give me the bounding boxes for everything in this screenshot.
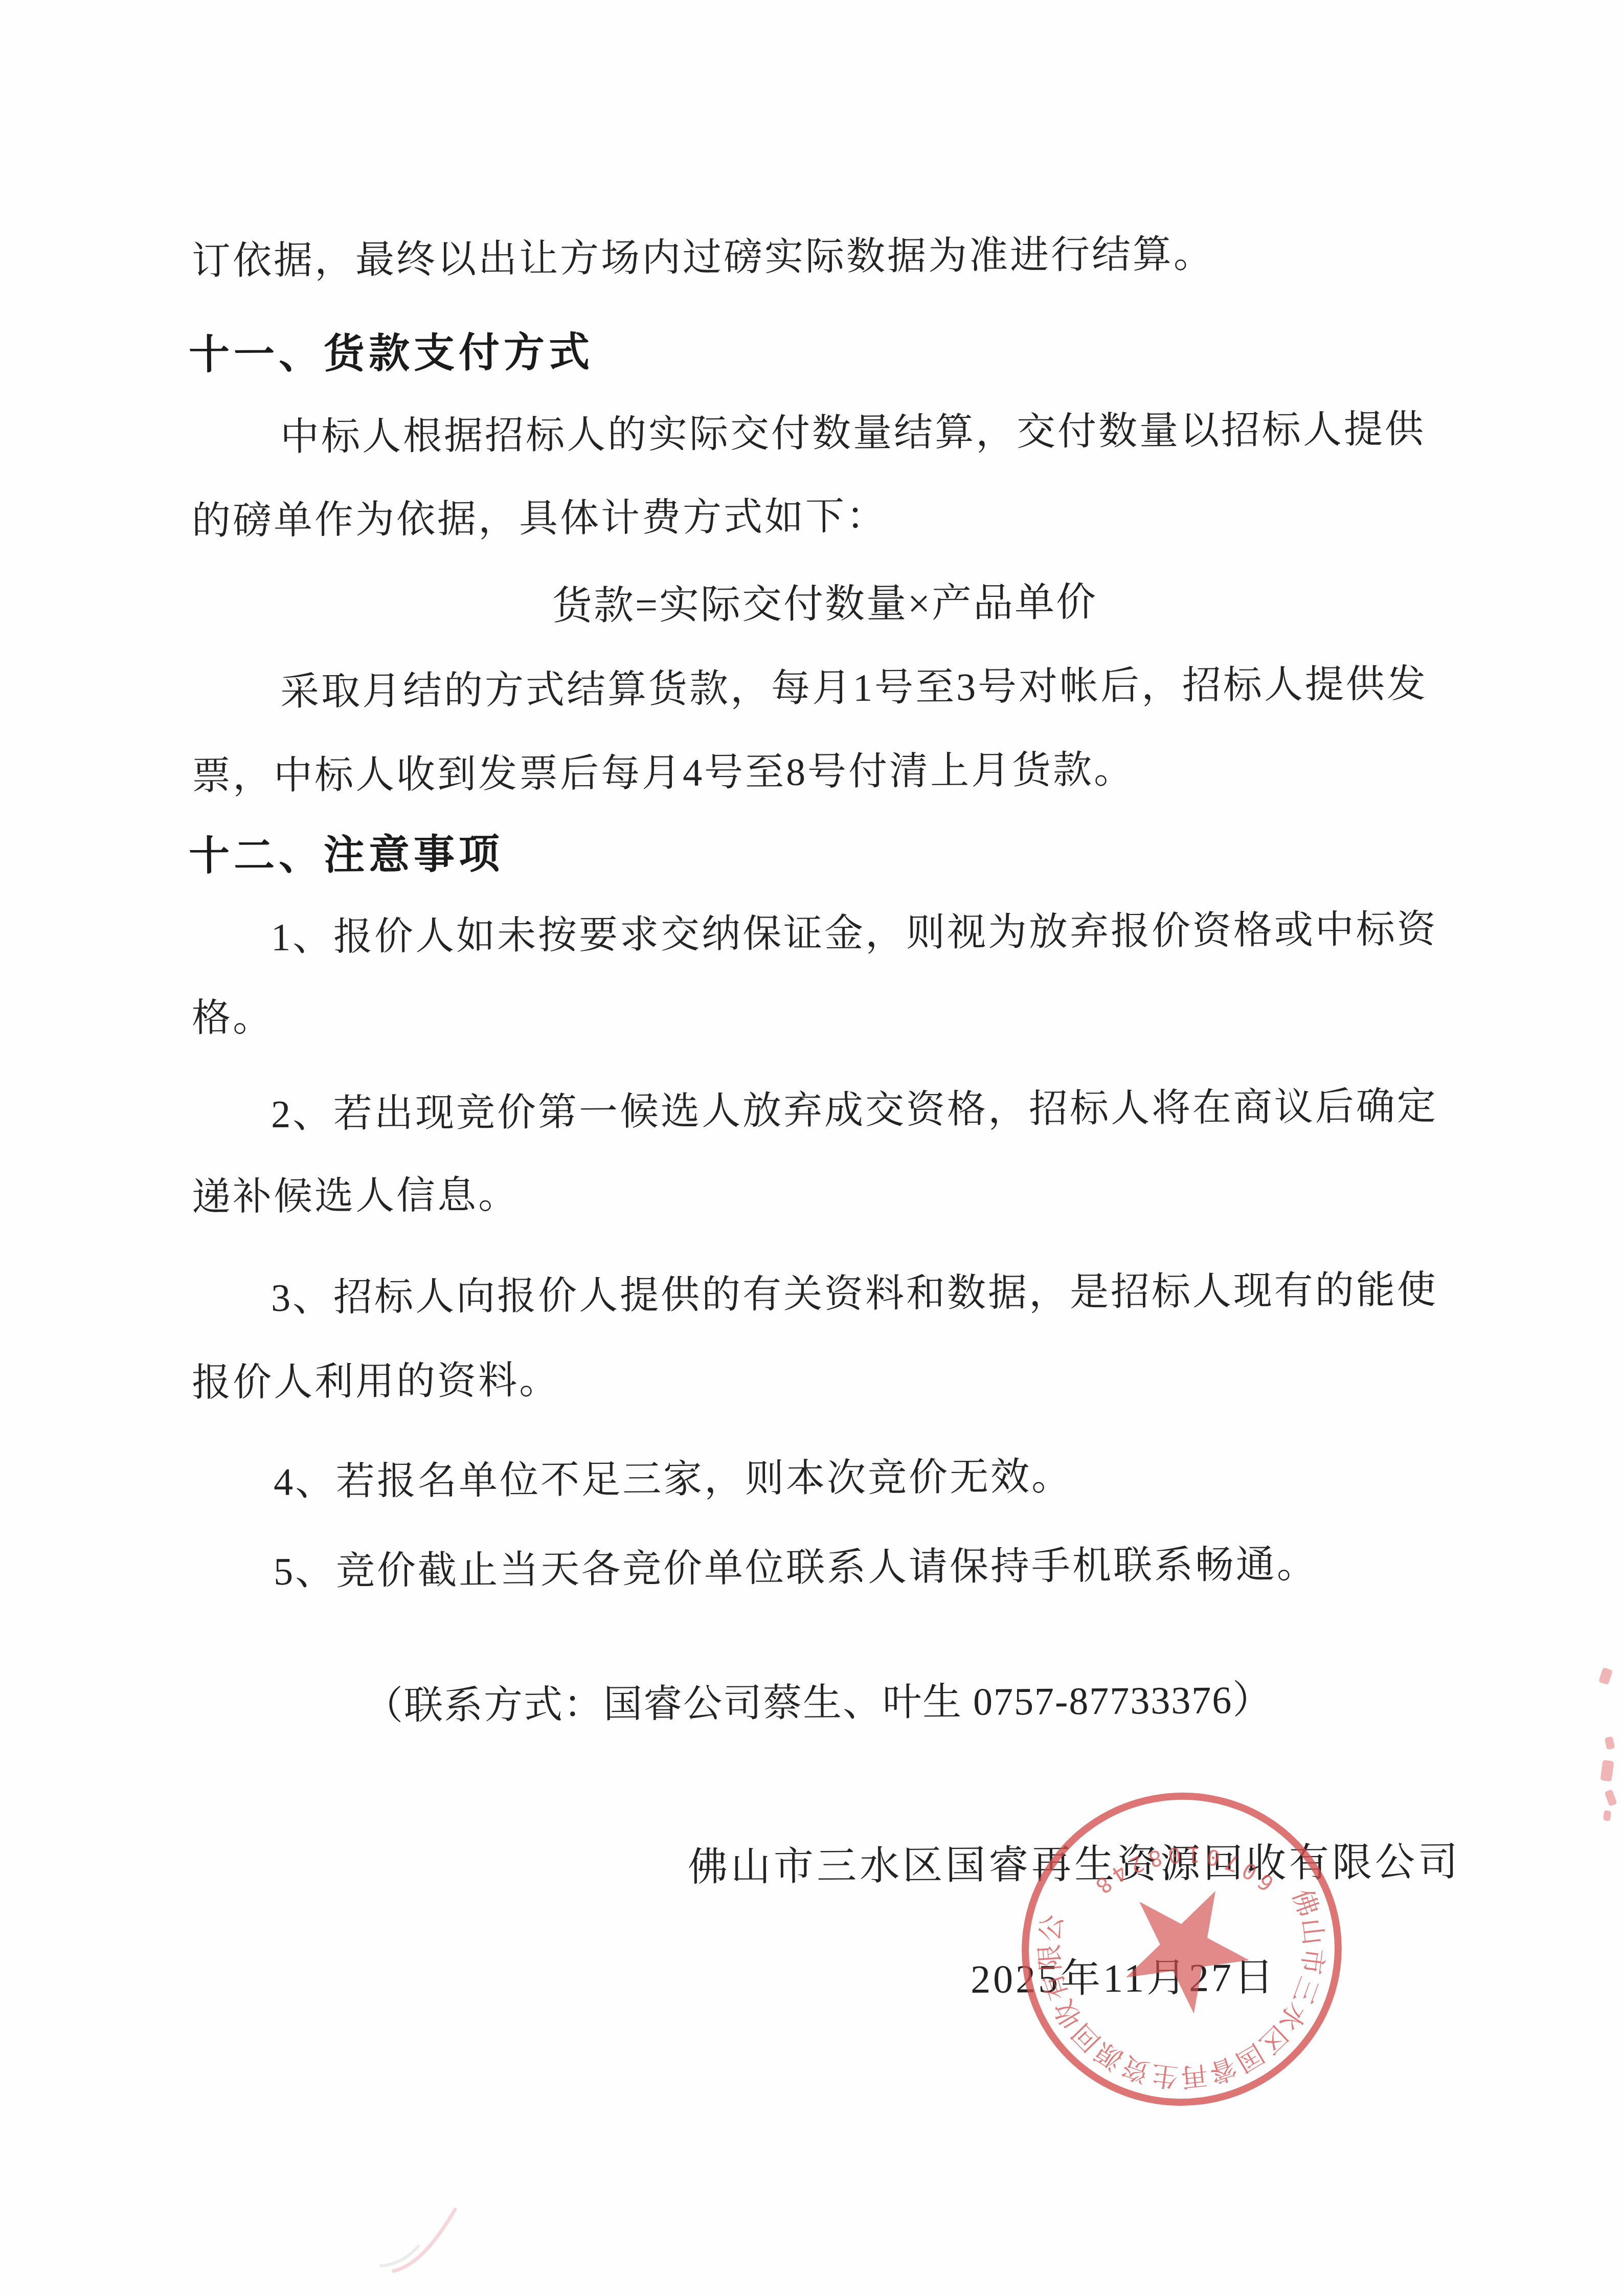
note-item-4: 4、若报名单位不足三家，则本次竞价无效。 bbox=[274, 1456, 1073, 1504]
scan-smudge-mark bbox=[373, 2189, 486, 2286]
company-seal: 佛山市三水区国睿再生资源回收有限公司 6070108248 bbox=[1015, 1787, 1350, 2114]
svg-text:6070108248: 6070108248 bbox=[1080, 1829, 1280, 1921]
body-line: 采取月结的方式结算货款，每月1号至3号对帐后，招标人提供发 bbox=[280, 663, 1428, 714]
note-item-2-continuation: 递补候选人信息。 bbox=[192, 1174, 520, 1219]
stamp-fragment-mark bbox=[1600, 1760, 1614, 1782]
stamp-fragment-mark bbox=[1598, 1667, 1613, 1685]
note-item-3-continuation: 报价人利用的资料。 bbox=[192, 1359, 560, 1405]
section-heading-12: 十二、注意事项 bbox=[189, 832, 504, 879]
stamp-fragment-mark bbox=[1603, 1810, 1611, 1821]
scanned-document-page: 订依据，最终以出让方场内过磅实际数据为准进行结算。 十一、货款支付方式 中标人根… bbox=[0, 0, 1623, 2296]
note-item-3: 3、招标人向报价人提供的有关资料和数据，是招标人现有的能使 bbox=[271, 1269, 1438, 1320]
note-item-5: 5、竞价截止当天各竞价单位联系人请保持手机联系畅通。 bbox=[274, 1544, 1318, 1594]
stamp-fragment-mark bbox=[1604, 1789, 1617, 1807]
stamp-fragment-mark bbox=[1605, 1736, 1615, 1750]
contact-info-line: （联系方式：国睿公司蔡生、叶生 0757-87733376） bbox=[364, 1679, 1273, 1728]
star-icon bbox=[1116, 1888, 1255, 2022]
section-heading-11: 十一、货款支付方式 bbox=[189, 329, 594, 377]
note-item-1: 1、报价人如未按要求交纳保证金，则视为放弃报价资格或中标资 bbox=[271, 908, 1438, 960]
body-line: 的磅单作为依据，具体计费方式如下： bbox=[192, 496, 888, 543]
payment-formula-line: 货款=实际交付数量×产品单价 bbox=[552, 581, 1098, 628]
body-line: 票，中标人收到发票后每月4号至8号付清上月货款。 bbox=[192, 749, 1135, 798]
body-line-continuation: 订依据，最终以出让方场内过磅实际数据为准进行结算。 bbox=[192, 233, 1215, 283]
body-line: 中标人根据招标人的实际交付数量结算，交付数量以招标人提供 bbox=[280, 408, 1426, 459]
seal-serial-number: 6070108248 bbox=[1080, 1829, 1280, 1921]
note-item-2: 2、若出现竞价第一候选人放弃成交资格，招标人将在商议后确定 bbox=[271, 1085, 1438, 1136]
note-item-1-continuation: 格。 bbox=[192, 997, 274, 1040]
